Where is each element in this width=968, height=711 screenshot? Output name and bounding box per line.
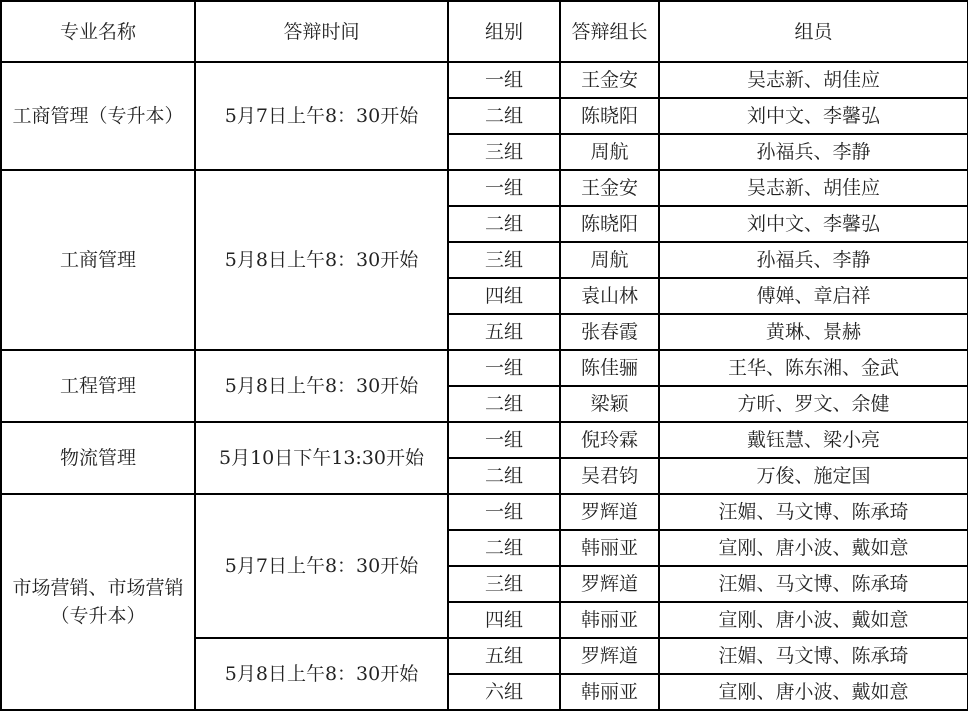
group-cell: 五组 [448, 314, 560, 350]
members-cell: 宣刚、唐小波、戴如意 [659, 530, 968, 566]
group-cell: 一组 [448, 62, 560, 98]
members-cell: 戴钰慧、梁小亮 [659, 422, 968, 458]
table-row: 市场营销、市场营销（专升本） 5月7日上午8：30开始 一组 罗辉道 汪媚、马文… [1, 494, 968, 530]
group-cell: 六组 [448, 674, 560, 710]
leader-cell: 王金安 [560, 62, 659, 98]
members-cell: 傅婵、章启祥 [659, 278, 968, 314]
group-cell: 三组 [448, 134, 560, 170]
leader-cell: 韩丽亚 [560, 602, 659, 638]
table-row: 工程管理 5月8日上午8：30开始 一组 陈佳骊 王华、陈东湘、金武 [1, 350, 968, 386]
leader-cell: 周航 [560, 134, 659, 170]
members-cell: 万俊、施定国 [659, 458, 968, 494]
members-cell: 汪媚、马文博、陈承琦 [659, 494, 968, 530]
leader-cell: 吴君钧 [560, 458, 659, 494]
members-cell: 黄琳、景赫 [659, 314, 968, 350]
members-cell: 方昕、罗文、余健 [659, 386, 968, 422]
group-cell: 五组 [448, 638, 560, 674]
members-cell: 王华、陈东湘、金武 [659, 350, 968, 386]
header-time: 答辩时间 [195, 1, 448, 62]
defense-schedule-table: 专业名称 答辩时间 组别 答辩组长 组员 工商管理（专升本） 5月7日上午8：3… [0, 0, 968, 711]
leader-cell: 罗辉道 [560, 566, 659, 602]
group-cell: 四组 [448, 602, 560, 638]
members-cell: 吴志新、胡佳应 [659, 170, 968, 206]
group-cell: 四组 [448, 278, 560, 314]
leader-cell: 倪玲霖 [560, 422, 659, 458]
group-cell: 三组 [448, 242, 560, 278]
major-cell: 市场营销、市场营销（专升本） [1, 494, 195, 710]
members-cell: 宣刚、唐小波、戴如意 [659, 674, 968, 710]
group-cell: 一组 [448, 170, 560, 206]
group-cell: 三组 [448, 566, 560, 602]
time-cell: 5月7日上午8：30开始 [195, 62, 448, 170]
leader-cell: 梁颖 [560, 386, 659, 422]
major-cell: 工商管理 [1, 170, 195, 350]
members-cell: 汪媚、马文博、陈承琦 [659, 638, 968, 674]
members-cell: 吴志新、胡佳应 [659, 62, 968, 98]
header-row: 专业名称 答辩时间 组别 答辩组长 组员 [1, 1, 968, 62]
table-row: 工商管理（专升本） 5月7日上午8：30开始 一组 王金安 吴志新、胡佳应 [1, 62, 968, 98]
members-cell: 宣刚、唐小波、戴如意 [659, 602, 968, 638]
members-cell: 刘中文、李馨弘 [659, 98, 968, 134]
major-cell: 物流管理 [1, 422, 195, 494]
major-cell: 工商管理（专升本） [1, 62, 195, 170]
header-leader: 答辩组长 [560, 1, 659, 62]
leader-cell: 罗辉道 [560, 494, 659, 530]
leader-cell: 陈晓阳 [560, 206, 659, 242]
leader-cell: 周航 [560, 242, 659, 278]
leader-cell: 王金安 [560, 170, 659, 206]
group-cell: 一组 [448, 350, 560, 386]
time-cell: 5月8日上午8：30开始 [195, 638, 448, 710]
members-cell: 汪媚、马文博、陈承琦 [659, 566, 968, 602]
table-row: 物流管理 5月10日下午13:30开始 一组 倪玲霖 戴钰慧、梁小亮 [1, 422, 968, 458]
group-cell: 一组 [448, 494, 560, 530]
time-cell: 5月8日上午8：30开始 [195, 350, 448, 422]
time-cell: 5月7日上午8：30开始 [195, 494, 448, 638]
leader-cell: 张春霞 [560, 314, 659, 350]
group-cell: 二组 [448, 206, 560, 242]
time-cell: 5月10日下午13:30开始 [195, 422, 448, 494]
major-cell: 工程管理 [1, 350, 195, 422]
leader-cell: 陈晓阳 [560, 98, 659, 134]
leader-cell: 陈佳骊 [560, 350, 659, 386]
group-cell: 二组 [448, 530, 560, 566]
group-cell: 二组 [448, 458, 560, 494]
group-cell: 二组 [448, 98, 560, 134]
leader-cell: 袁山林 [560, 278, 659, 314]
header-major: 专业名称 [1, 1, 195, 62]
header-members: 组员 [659, 1, 968, 62]
group-cell: 一组 [448, 422, 560, 458]
members-cell: 孙福兵、李静 [659, 134, 968, 170]
leader-cell: 韩丽亚 [560, 530, 659, 566]
leader-cell: 韩丽亚 [560, 674, 659, 710]
members-cell: 刘中文、李馨弘 [659, 206, 968, 242]
time-cell: 5月8日上午8：30开始 [195, 170, 448, 350]
table-row: 工商管理 5月8日上午8：30开始 一组 王金安 吴志新、胡佳应 [1, 170, 968, 206]
leader-cell: 罗辉道 [560, 638, 659, 674]
members-cell: 孙福兵、李静 [659, 242, 968, 278]
group-cell: 二组 [448, 386, 560, 422]
header-group: 组别 [448, 1, 560, 62]
